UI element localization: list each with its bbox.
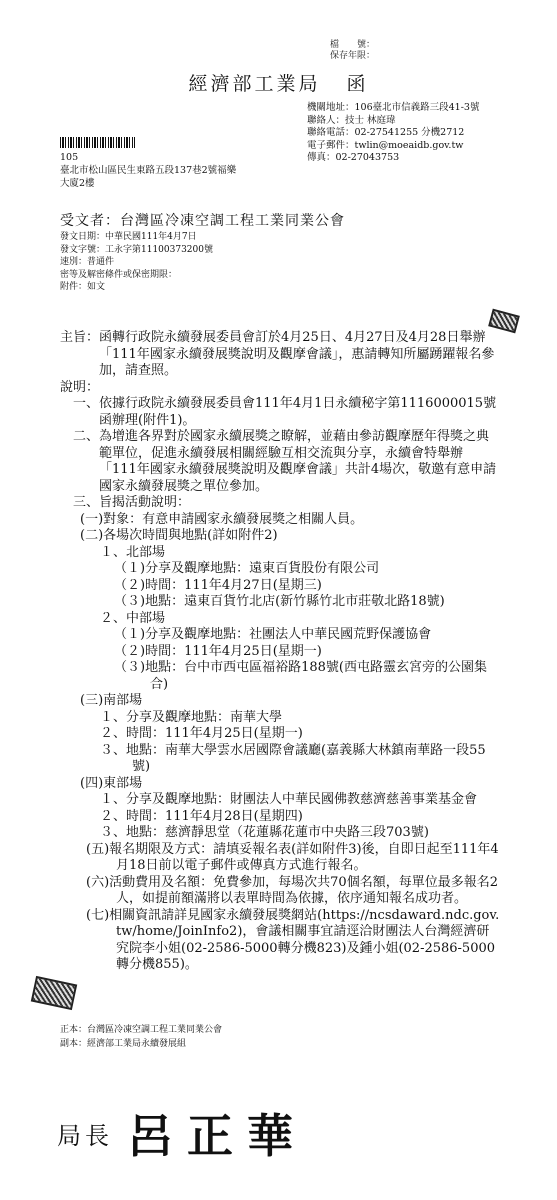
sub-fees: (六)活動費用及名額：免費參加，每場次共70個名額，每單位最多報名2人，如提前額… bbox=[60, 875, 500, 908]
mailing-address: 105 臺北市松山區民生東路五段137巷2號福樂 大廈2樓 bbox=[60, 151, 236, 190]
explanation-label: 說明： bbox=[60, 380, 500, 397]
sub-number: (六) bbox=[86, 875, 109, 890]
sub-text: 相關資訊請詳見國家永續發展獎網站(https://ncsdaward.ndc.g… bbox=[109, 908, 499, 973]
issue-date: 發文日期：中華民國111年4月7日 bbox=[60, 231, 213, 244]
sub-number: (二) bbox=[80, 528, 103, 543]
document-meta: 發文日期：中華民國111年4月7日 發文字號：工永字第11100373200號 … bbox=[60, 231, 213, 294]
item-number: 二、 bbox=[73, 429, 99, 444]
south-line-3: ３、地點：南華大學雲水居國際會議廳(嘉義縣大林鎮南華路一段55號) bbox=[60, 743, 500, 776]
explanation-item-3: 三、旨揭活動說明： bbox=[60, 495, 500, 512]
explanation-item-2: 二、為增進各界對於國家永續展獎之瞭解，並藉由參訪觀摩歷年得獎之典範單位，促進永續… bbox=[60, 429, 500, 495]
east-session-title: (四)東部場 bbox=[60, 776, 500, 793]
copies-block: 正本：台灣區冷凍空調工程工業同業公會 副本：經濟部工業局永續發展組 bbox=[60, 1023, 222, 1051]
east-line-2: ２、時間：111年4月28日(星期四) bbox=[60, 809, 500, 826]
sub-text: 各場次時間與地點(詳如附件2) bbox=[103, 528, 277, 543]
north-session-title: １、北部場 bbox=[60, 545, 500, 562]
east-line-3: ３、地點：慈濟靜思堂（花蓮縣花蓮市中央路三段703號) bbox=[60, 825, 500, 842]
doc-type: 函 bbox=[347, 73, 369, 95]
sub-text: 東部場 bbox=[103, 776, 142, 791]
sub-text: 報名期限及方式：請填妥報名表(詳如附件3)後，自即日起至111年4月18日前以電… bbox=[109, 842, 499, 874]
delivery-speed: 速別：普通件 bbox=[60, 256, 213, 269]
south-line-1: １、分享及觀摩地點：南華大學 bbox=[60, 710, 500, 727]
north-line-2: （２)時間：111年4月27日(星期三) bbox=[60, 578, 500, 595]
signatory-title: 局長 bbox=[57, 1116, 113, 1151]
filing-info: 檔 號： 保存年限： bbox=[330, 40, 375, 62]
contact-fax: 傳真：02-27043753 bbox=[307, 152, 479, 165]
subject: 主旨：函轉行政院永續發展委員會訂於4月25日、4月27日及4月28日舉辦「111… bbox=[60, 330, 500, 380]
contact-person: 聯絡人：技士 林庭瑋 bbox=[307, 115, 479, 128]
address-line-1: 臺北市松山區民生東路五段137巷2號福樂 bbox=[60, 164, 236, 177]
postcode: 105 bbox=[60, 151, 236, 164]
central-line-3: （３)地點：台中市西屯區福裕路188號(西屯路靈玄宮旁的公園集合) bbox=[60, 660, 500, 693]
cc-recipient: 副本：經濟部工業局永續發展組 bbox=[60, 1037, 222, 1051]
main-recipient: 正本：台灣區冷凍空調工程工業同業公會 bbox=[60, 1023, 222, 1037]
sub-info: (七)相關資訊請詳見國家永續發展獎網站(https://ncsdaward.nd… bbox=[60, 908, 500, 974]
sub-text: 活動費用及名額：免費參加，每場次共70個名額，每單位最多報名2人，如提前額滿將以… bbox=[109, 875, 498, 907]
sub-number: (七) bbox=[86, 908, 109, 923]
attachment-note: 附件：如文 bbox=[60, 281, 213, 294]
agency-name: 經濟部工業局 bbox=[188, 73, 320, 95]
central-session-title: ２、中部場 bbox=[60, 611, 500, 628]
sub-target: (一)對象：有意申請國家永續發展獎之相關人員。 bbox=[60, 512, 500, 529]
sub-number: (三) bbox=[80, 693, 103, 708]
recipient: 受文者：台灣區冷凍空調工程工業同業公會 bbox=[60, 210, 345, 230]
subject-text: 函轉行政院永續發展委員會訂於4月25日、4月27日及4月28日舉辦「111年國家… bbox=[99, 330, 494, 378]
contact-block: 機關地址：106臺北市信義路三段41-3號 聯絡人：技士 林庭瑋 聯絡電話：02… bbox=[307, 102, 479, 165]
sub-sessions-title: (二)各場次時間與地點(詳如附件2) bbox=[60, 528, 500, 545]
central-line-1: （１)分享及觀摩地點：社團法人中華民國荒野保護協會 bbox=[60, 627, 500, 644]
item-number: 一、 bbox=[73, 396, 99, 411]
sub-text: 南部場 bbox=[103, 693, 142, 708]
explanation-item-1: 一、依據行政院永續發展委員會111年4月1日永續秘字第1116000015號函辦… bbox=[60, 396, 500, 429]
document-title: 經濟部工業局函 bbox=[0, 69, 557, 96]
item-text: 依據行政院永續發展委員會111年4月1日永續秘字第1116000015號函辦理(… bbox=[99, 396, 496, 428]
address-line-2: 大廈2樓 bbox=[60, 177, 236, 190]
document-body: 主旨：函轉行政院永續發展委員會訂於4月25日、4月27日及4月28日舉辦「111… bbox=[60, 330, 500, 974]
subject-label: 主旨： bbox=[60, 330, 99, 345]
sub-number: (四) bbox=[80, 776, 103, 791]
south-session-title: (三)南部場 bbox=[60, 693, 500, 710]
item-text: 為增進各界對於國家永續展獎之瞭解，並藉由參訪觀摩歷年得獎之典範單位，促進永續發展… bbox=[99, 429, 496, 494]
file-number-label: 檔 號： bbox=[330, 40, 375, 51]
south-line-2: ２、時間：111年4月25日(星期一) bbox=[60, 726, 500, 743]
item-text: 旨揭活動說明： bbox=[99, 495, 190, 510]
secrecy-level: 密等及解密條件或保密期限： bbox=[60, 269, 213, 282]
sub-registration: (五)報名期限及方式：請填妥報名表(詳如附件3)後，自即日起至111年4月18日… bbox=[60, 842, 500, 875]
east-line-1: １、分享及觀摩地點：財團法人中華民國佛教慈濟慈善事業基金會 bbox=[60, 792, 500, 809]
item-number: 三、 bbox=[73, 495, 99, 510]
signature-block: 局長 呂正華 bbox=[57, 1100, 307, 1166]
central-line-2: （２)時間：111年4月25日(星期一) bbox=[60, 644, 500, 661]
retention-label: 保存年限： bbox=[330, 51, 375, 62]
sub-text: 對象：有意申請國家永續發展獎之相關人員。 bbox=[103, 512, 363, 527]
north-line-1: （１)分享及觀摩地點：遠東百貨股份有限公司 bbox=[60, 561, 500, 578]
barcode bbox=[60, 137, 135, 148]
north-line-3: （３)地點：遠東百貨竹北店(新竹縣竹北市莊敬北路18號) bbox=[60, 594, 500, 611]
agency-address: 機關地址：106臺北市信義路三段41-3號 bbox=[307, 102, 479, 115]
contact-phone: 聯絡電話：02-27541255 分機2712 bbox=[307, 127, 479, 140]
signatory-name: 呂正華 bbox=[127, 1100, 307, 1166]
document-number: 發文字號：工永字第11100373200號 bbox=[60, 244, 213, 257]
contact-email: 電子郵件：twlin@moeaidb.gov.tw bbox=[307, 140, 479, 153]
page-seal-stamp-icon bbox=[31, 976, 77, 1010]
sub-number: (五) bbox=[86, 842, 109, 857]
sub-number: (一) bbox=[80, 512, 103, 527]
